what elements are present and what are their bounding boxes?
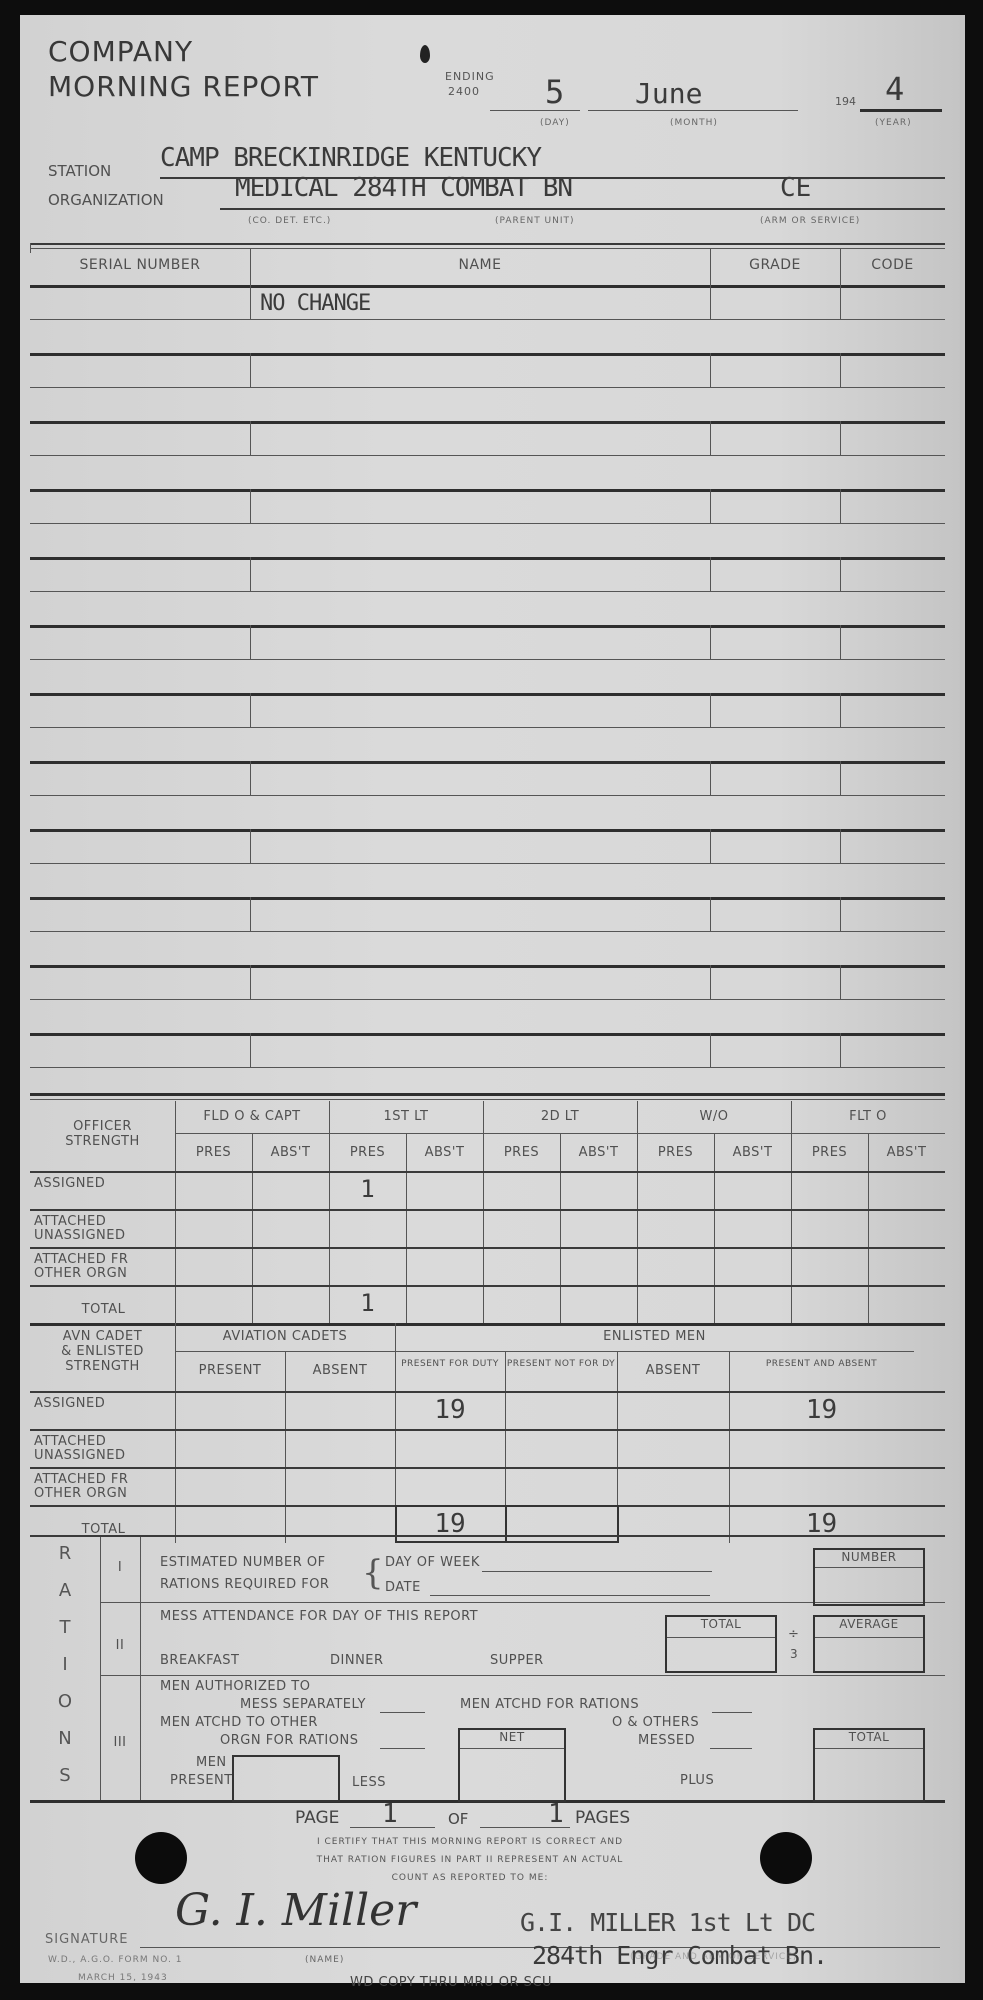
enlisted-row-label: ASSIGNED: [34, 1397, 173, 1411]
supper-label: SUPPER: [490, 1653, 544, 1668]
ending-label: ENDING: [445, 70, 495, 83]
officer-subcol-header: PRES: [483, 1145, 560, 1160]
signer-name-grade[interactable]: G.I. MILLER 1st Lt DC: [520, 1908, 815, 1937]
men-authorized-2: MESS SEPARATELY: [240, 1697, 366, 1712]
year-prefix: 194: [835, 95, 856, 108]
o-others-1: O & OTHERS: [612, 1715, 699, 1730]
part-i-numeral: I: [100, 1560, 140, 1575]
organization-arm[interactable]: CE: [780, 173, 811, 203]
dinner-label: DINNER: [330, 1653, 384, 1668]
part-i-text-2: RATIONS REQUIRED FOR: [160, 1577, 329, 1592]
brace-icon: {: [362, 1553, 384, 1593]
part-iii-numeral: III: [100, 1735, 140, 1750]
enlisted-row-label: ATTACHED UNASSIGNED: [34, 1435, 173, 1463]
form-number: W.D., A.G.O. FORM NO. 1: [48, 1955, 182, 1965]
certify-line-3: COUNT AS REPORTED TO ME:: [220, 1873, 720, 1883]
enlisted-row-label: ATTACHED FR OTHER ORGN: [34, 1473, 173, 1501]
officer-subcol-header: PRES: [175, 1145, 252, 1160]
binder-hole-left: [135, 1832, 187, 1884]
enlisted-col-header: PRESENT NOT FOR DY: [505, 1357, 617, 1372]
report-month[interactable]: June: [635, 77, 702, 110]
day-label: (DAY): [540, 118, 570, 128]
officer-subcol-header: PRES: [329, 1145, 406, 1160]
number-label: NUMBER: [815, 1550, 923, 1564]
month-label: (MONTH): [670, 118, 718, 128]
signature-label: SIGNATURE: [45, 1932, 128, 1947]
officer-group-header: FLT O: [791, 1109, 945, 1124]
officer-strength-title: OFFICERSTRENGTH: [30, 1119, 175, 1149]
name-label: (NAME): [305, 1955, 344, 1965]
form-date: MARCH 15, 1943: [78, 1973, 168, 1983]
officer-subcol-header: ABS'T: [868, 1145, 945, 1160]
total-label: TOTAL: [667, 1617, 775, 1631]
less-label: LESS: [352, 1775, 386, 1790]
rations-letter: I: [30, 1654, 100, 1675]
rations-total-label: TOTAL: [815, 1730, 923, 1744]
officer-group-header: 2D LT: [483, 1109, 637, 1124]
enlisted-col-header: PRESENT: [175, 1363, 285, 1378]
officer-group-header: 1ST LT: [329, 1109, 483, 1124]
men-present-1: MEN: [196, 1755, 227, 1770]
organization-value[interactable]: MEDICAL 284TH COMBAT BN: [235, 173, 572, 203]
officer-subcol-header: ABS'T: [252, 1145, 329, 1160]
col-code: CODE: [840, 257, 945, 273]
part-i-text-1: ESTIMATED NUMBER OF: [160, 1555, 326, 1570]
men-atchd-other-1: MEN ATCHD TO OTHER: [160, 1715, 318, 1730]
enlisted-col-header: ABSENT: [285, 1363, 395, 1378]
men-authorized-1: MEN AUTHORIZED TO: [160, 1679, 310, 1694]
rations-letter: S: [30, 1765, 100, 1786]
officer-group-header: W/O: [637, 1109, 791, 1124]
mess-total-box[interactable]: TOTAL: [665, 1615, 777, 1673]
col-serial-number: SERIAL NUMBER: [30, 257, 250, 273]
col-grade: GRADE: [710, 257, 840, 273]
pages-label: PAGES: [575, 1808, 630, 1828]
breakfast-label: BREAKFAST: [160, 1653, 239, 1668]
average-box[interactable]: AVERAGE: [813, 1615, 925, 1673]
mess-attendance-title: MESS ATTENDANCE FOR DAY OF THIS REPORT: [160, 1609, 478, 1624]
page-number[interactable]: 1: [382, 1799, 398, 1829]
year-label: (YEAR): [875, 118, 912, 128]
rations-letter: T: [30, 1617, 100, 1638]
morning-report-form: COMPANY MORNING REPORT ENDING 2400 5 Jun…: [20, 15, 965, 1983]
total-present-not-duty-box: [505, 1505, 619, 1543]
part-ii-numeral: II: [100, 1638, 140, 1653]
men-present-2: PRESENT: [170, 1773, 233, 1788]
enlisted-cell[interactable]: 19: [395, 1395, 505, 1425]
enlisted-col-header: PRESENT FOR DUTY: [395, 1357, 505, 1372]
officer-subcol-header: ABS'T: [714, 1145, 791, 1160]
net-box[interactable]: NET: [458, 1728, 566, 1802]
officer-subcol-header: ABS'T: [560, 1145, 637, 1160]
page-total[interactable]: 1: [548, 1799, 564, 1829]
report-day[interactable]: 5: [545, 73, 564, 111]
page-label: PAGE: [295, 1808, 339, 1828]
rations-letter: A: [30, 1580, 100, 1601]
men-atchd-rations: MEN ATCHD FOR RATIONS: [460, 1697, 639, 1712]
form-title-line2: MORNING REPORT: [48, 70, 319, 103]
men-atchd-other-2: ORGN FOR RATIONS: [220, 1733, 358, 1748]
ink-mark-icon: [420, 45, 430, 63]
officer-row-label: ATTACHED FR OTHER ORGN: [34, 1253, 173, 1281]
organization-label: ORGANIZATION: [48, 191, 164, 209]
o-others-2: MESSED: [638, 1733, 695, 1748]
name-entry-no-change[interactable]: NO CHANGE: [260, 291, 370, 316]
net-label: NET: [460, 1730, 564, 1744]
number-box[interactable]: NUMBER: [813, 1548, 925, 1606]
officer-row-label: ATTACHED UNASSIGNED: [34, 1215, 173, 1243]
officer-group-header: FLD O & CAPT: [175, 1109, 329, 1124]
total-present-duty-box: [395, 1505, 507, 1543]
enlisted-cell[interactable]: 19: [729, 1395, 914, 1425]
divide-icon: ÷: [788, 1627, 799, 1642]
rations-letter: N: [30, 1728, 100, 1749]
signature[interactable]: G. I. Miller: [175, 1885, 416, 1936]
rations-letter: R: [30, 1543, 100, 1564]
day-of-week-label: DAY OF WEEK: [385, 1555, 480, 1570]
officer-row-label: ASSIGNED: [34, 1177, 173, 1191]
wd-copy-note: WD COPY THRU MRU OR SCU: [350, 1975, 552, 1990]
arm-service-label: (ARM OR SERVICE): [760, 216, 860, 226]
binder-hole-right: [760, 1832, 812, 1884]
enlisted-col-header: PRESENT AND ABSENT: [729, 1357, 914, 1372]
officer-subcol-header: PRES: [791, 1145, 868, 1160]
station-value[interactable]: CAMP BRECKINRIDGE KENTUCKY: [160, 143, 541, 173]
plus-label: PLUS: [680, 1773, 714, 1788]
officer-row-label: TOTAL: [34, 1303, 173, 1317]
rations-letter: O: [30, 1691, 100, 1712]
certify-line-1: I CERTIFY THAT THIS MORNING REPORT IS CO…: [220, 1837, 720, 1847]
date-label: DATE: [385, 1580, 421, 1595]
enlisted-col-header: ABSENT: [617, 1363, 729, 1378]
officer-subcol-header: ABS'T: [406, 1145, 483, 1160]
officer-cell[interactable]: 1: [329, 1175, 406, 1203]
aviation-cadets-header: AVIATION CADETS: [175, 1329, 395, 1344]
enlisted-men-header: ENLISTED MEN: [395, 1329, 914, 1344]
co-det-label: (CO. DET. ETC.): [248, 216, 331, 226]
of-label: OF: [448, 1810, 468, 1828]
report-year-digit[interactable]: 4: [885, 70, 904, 108]
officer-subcol-header: PRES: [637, 1145, 714, 1160]
grade-arm-label: (GRADE AND ARM OR SERVICE): [630, 1952, 797, 1962]
station-label: STATION: [48, 162, 111, 180]
divisor: 3: [790, 1647, 798, 1661]
officer-cell[interactable]: 1: [329, 1289, 406, 1317]
parent-unit-label: (PARENT UNIT): [495, 216, 575, 226]
rations-total-box[interactable]: TOTAL: [813, 1728, 925, 1802]
ending-time-label: 2400: [448, 85, 480, 98]
col-name: NAME: [250, 257, 710, 273]
certify-line-2: THAT RATION FIGURES IN PART II REPRESENT…: [220, 1855, 720, 1865]
form-title-line1: COMPANY: [48, 35, 193, 68]
enlisted-strength-title: AVN CADET& ENLISTEDSTRENGTH: [30, 1329, 175, 1374]
average-label: AVERAGE: [815, 1617, 923, 1631]
men-present-box[interactable]: [232, 1755, 340, 1802]
